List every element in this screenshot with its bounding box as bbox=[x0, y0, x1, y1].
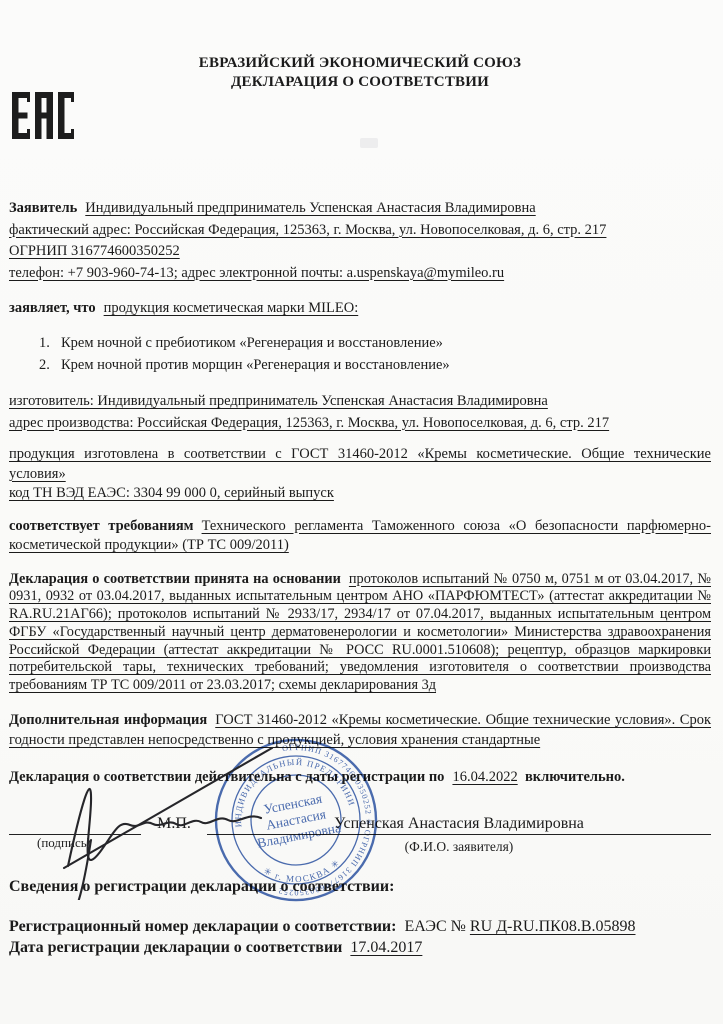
validity-date: 16.04.2022 bbox=[452, 769, 517, 785]
stamp-place-label: М.П. bbox=[141, 815, 207, 835]
signature-line: (подпись) bbox=[9, 812, 141, 835]
compliance-label: соответствует требованиям bbox=[9, 518, 194, 534]
product-item-2: 2.Крем ночной против морщин «Регенерация… bbox=[9, 354, 711, 376]
production-block: продукция изготовлена в соответствии с Г… bbox=[9, 445, 711, 504]
manufacturer-name: изготовитель: Индивидуальный предпринима… bbox=[9, 393, 548, 409]
title-union: ЕВРАЗИЙСКИЙ ЭКОНОМИЧЕСКИЙ СОЮЗ bbox=[9, 54, 711, 73]
applicant-contacts: телефон: +7 903-960-74-13; адрес электро… bbox=[9, 265, 504, 281]
eac-logo-icon bbox=[12, 92, 74, 139]
title-declaration: ДЕКЛАРАЦИЯ О СООТВЕТСТВИИ bbox=[9, 73, 711, 92]
registration-date-value: 17.04.2017 bbox=[350, 939, 422, 956]
declares-line: заявляет, чтопродукция косметическая мар… bbox=[9, 298, 711, 319]
document-title: ЕВРАЗИЙСКИЙ ЭКОНОМИЧЕСКИЙ СОЮЗ ДЕКЛАРАЦИ… bbox=[9, 0, 711, 92]
product-1-number: 1. bbox=[39, 332, 61, 354]
additional-label: Дополнительная информация bbox=[9, 712, 207, 728]
registration-number-line: Регистрационный номер декларации о соотв… bbox=[9, 916, 636, 937]
basis-value: протоколов испытаний № 0750 м, 0751 м от… bbox=[9, 571, 711, 694]
round-stamp: ОГРНИП 316774600350252 ✳ ОГРНИП 31677460… bbox=[198, 722, 395, 919]
declares-label: заявляет, что bbox=[9, 300, 96, 316]
applicant-name: Индивидуальный предприниматель Успенская… bbox=[85, 200, 535, 216]
registration-number-label: Регистрационный номер декларации о соотв… bbox=[9, 918, 396, 935]
registration-date-line: Дата регистрации декларации о соответств… bbox=[9, 937, 636, 958]
product-item-1: 1.Крем ночной с пребиотиком «Регенерация… bbox=[9, 332, 711, 354]
product-2-number: 2. bbox=[39, 354, 61, 376]
basis-label: Декларация о соответствии принята на осн… bbox=[9, 571, 341, 587]
registration-number-value: RU Д-RU.ПК08.В.05898 bbox=[470, 918, 636, 935]
manufacturer-block: изготовитель: Индивидуальный предпринима… bbox=[9, 391, 711, 434]
registration-date-label: Дата регистрации декларации о соответств… bbox=[9, 939, 342, 956]
signature-caption: (подпись) bbox=[37, 835, 91, 851]
product-1-text: Крем ночной с пребиотиком «Регенерация и… bbox=[61, 335, 443, 351]
eac-logo bbox=[12, 92, 74, 144]
applicant-label: Заявитель bbox=[9, 200, 77, 216]
product-list: 1.Крем ночной с пребиотиком «Регенерация… bbox=[9, 332, 711, 376]
validity-suffix: включительно. bbox=[525, 769, 625, 785]
production-code: код ТН ВЭД ЕАЭС: 3304 99 000 0, серийный… bbox=[9, 485, 334, 501]
declaration-document: ЕВРАЗИЙСКИЙ ЭКОНОМИЧЕСКИЙ СОЮЗ ДЕКЛАРАЦИ… bbox=[0, 0, 723, 1024]
applicant-block: ЗаявительИндивидуальный предприниматель … bbox=[9, 198, 711, 284]
product-2-text: Крем ночной против морщин «Регенерация и… bbox=[61, 357, 450, 373]
declares-value: продукция косметическая марки MILEO: bbox=[104, 300, 359, 316]
applicant-address: фактический адрес: Российская Федерация,… bbox=[9, 222, 606, 238]
registration-number-prefix: ЕАЭС № bbox=[404, 918, 465, 935]
basis-block: Декларация о соответствии принята на осн… bbox=[9, 571, 711, 696]
manufacturer-address: адрес производства: Российская Федерация… bbox=[9, 415, 609, 431]
scan-smudge bbox=[360, 138, 378, 148]
applicant-ogrnip: ОГРНИП 316774600350252 bbox=[9, 243, 180, 259]
production-standard: продукция изготовлена в соответствии с Г… bbox=[9, 446, 711, 482]
compliance-block: соответствует требованиямТехнического ре… bbox=[9, 517, 711, 556]
